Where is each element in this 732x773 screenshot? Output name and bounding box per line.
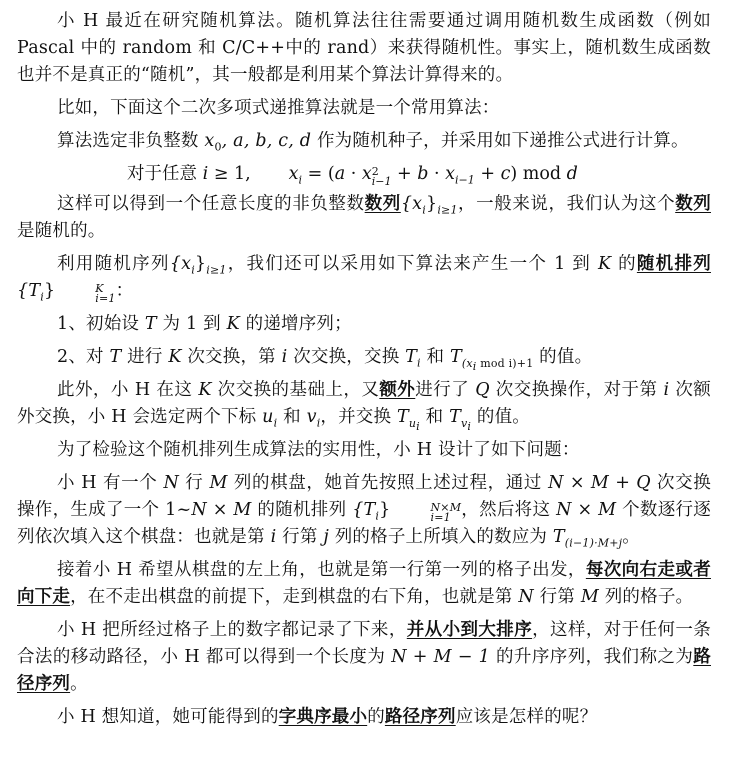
paragraph-path-sequence: 小 H 把所经过格子上的数字都记录了下来，并从小到大排序，这样，对于任何一条合法… bbox=[17, 617, 711, 698]
math-x0: x0, a, b, c, d bbox=[204, 131, 311, 151]
recurrence-formula: 对于任意 i ≥ 1,xi = (a · x2i−1 + b · xi−1 + … bbox=[17, 157, 711, 191]
step-1: 1、初始设 T 为 1 到 K 的递增序列； bbox=[17, 311, 711, 338]
paragraph-question: 小 H 想知道，她可能得到的字典序最小的路径序列应该是怎样的呢？ bbox=[17, 704, 711, 731]
term-sequence-2: 数列 bbox=[675, 194, 711, 214]
paragraph-extra-swaps: 此外，小 H 在这 K 次交换的基础上，又额外进行了 Q 次交换操作，对于第 i… bbox=[17, 377, 711, 431]
step-2: 2、对 T 进行 K 次交换，第 i 次交换，交换 Ti 和 T(xi mod … bbox=[17, 344, 711, 371]
paragraph-test: 为了检验这个随机排列生成算法的实用性，小 H 设计了如下问题： bbox=[17, 437, 711, 464]
term-random-permutation: 随机排列 bbox=[637, 254, 711, 274]
term-extra: 额外 bbox=[379, 380, 415, 400]
paragraph-intro: 小 H 最近在研究随机算法。随机算法往往需要通过调用随机数生成函数（例如 Pas… bbox=[17, 8, 711, 89]
paragraph-seed: 算法选定非负整数 x0, a, b, c, d 作为随机种子，并采用如下递推公式… bbox=[17, 128, 711, 155]
problem-statement: 小 H 最近在研究随机算法。随机算法往往需要通过调用随机数生成函数（例如 Pas… bbox=[17, 8, 711, 731]
example-text: 比如，下面这个二次多项式递推算法就是一个常用算法： bbox=[57, 98, 500, 118]
term-lexicographically-smallest: 字典序最小 bbox=[279, 707, 368, 727]
paragraph-walk: 接着小 H 希望从棋盘的左上角，也就是第一行第一列的格子出发，每次向右走或者向下… bbox=[17, 557, 711, 611]
formula-prefix: 对于任意 bbox=[127, 164, 203, 184]
term-sequence: 数列 bbox=[365, 194, 401, 214]
term-sort-ascending: 并从小到大排序 bbox=[407, 620, 532, 640]
paragraph-sequence: 这样可以得到一个任意长度的非负整数数列{xi}i≥1，一般来说，我们认为这个数列… bbox=[17, 191, 711, 245]
term-path-sequence-2: 路径序列 bbox=[385, 707, 456, 727]
paragraph-permutation: 利用随机序列{xi}i≥1，我们还可以采用如下算法来产生一个 1 到 K 的随机… bbox=[17, 251, 711, 305]
seed-text-2: 作为随机种子，并采用如下递推公式进行计算。 bbox=[311, 131, 688, 151]
paragraph-example: 比如，下面这个二次多项式递推算法就是一个常用算法： bbox=[17, 95, 711, 122]
paragraph-board: 小 H 有一个 N 行 M 列的棋盘，她首先按照上述过程，通过 N × M + … bbox=[17, 470, 711, 551]
seed-text-1: 算法选定非负整数 bbox=[57, 131, 204, 151]
intro-text: 小 H 最近在研究随机算法。随机算法往往需要通过调用随机数生成函数（例如 Pas… bbox=[17, 11, 711, 85]
